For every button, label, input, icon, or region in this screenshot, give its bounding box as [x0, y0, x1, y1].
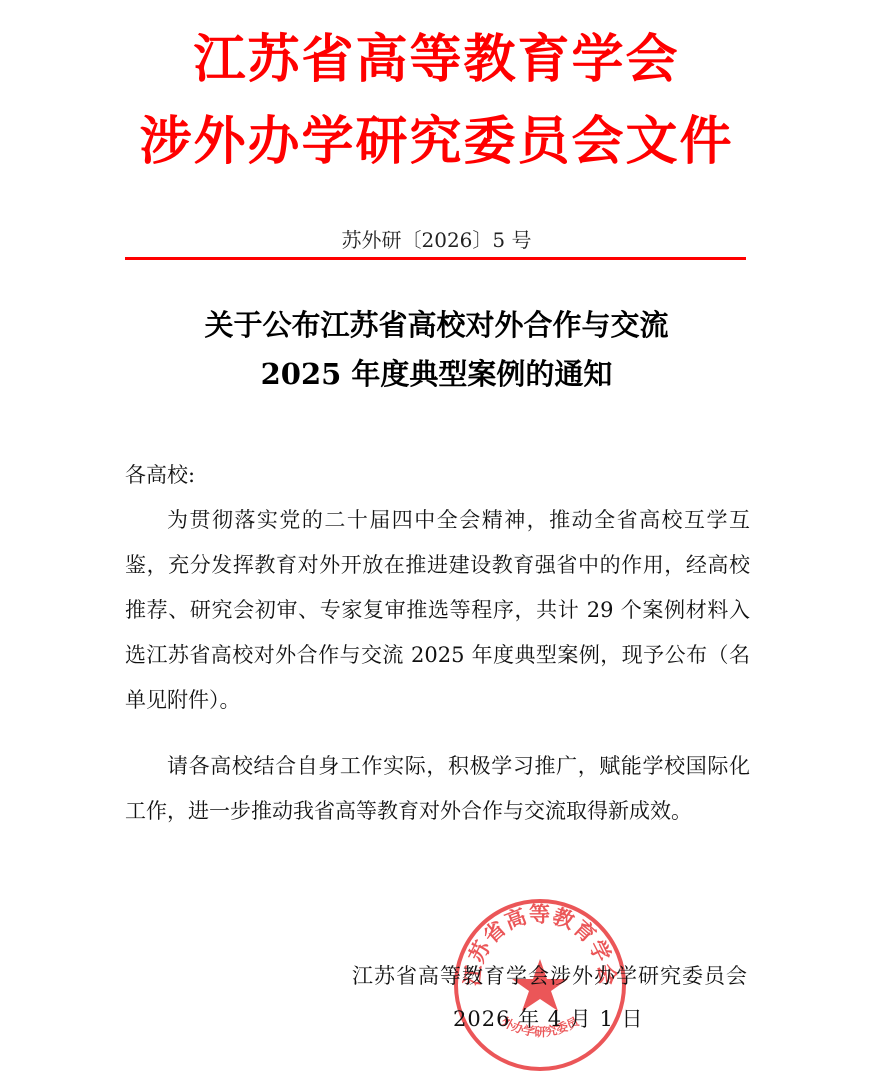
- salutation: 各高校:: [125, 453, 750, 498]
- body-paragraph-1: 为贯彻落实党的二十届四中全会精神，推动全省高校互学互鉴，充分发挥教育对外开放在推…: [125, 498, 750, 723]
- notice-title-line-1: 关于公布江苏省高校对外合作与交流: [0, 303, 873, 344]
- issuer-header-line-2: 涉外办学研究委员会文件: [0, 110, 873, 174]
- notice-title-line-2: 2025 年度典型案例的通知: [0, 352, 873, 393]
- issuer-header-line-1: 江苏省高等教育学会: [0, 28, 873, 92]
- document-number: 苏外研〔2026〕5 号: [0, 224, 873, 253]
- body-paragraph-2: 请各高校结合自身工作实际，积极学习推广，赋能学校国际化工作，进一步推动我省高等教…: [125, 744, 750, 834]
- signing-organization: 江苏省高等教育学会涉外办学研究委员会: [352, 960, 748, 990]
- signing-date: 2026 年 4 月 1 日: [453, 1003, 644, 1033]
- red-divider: [125, 257, 746, 260]
